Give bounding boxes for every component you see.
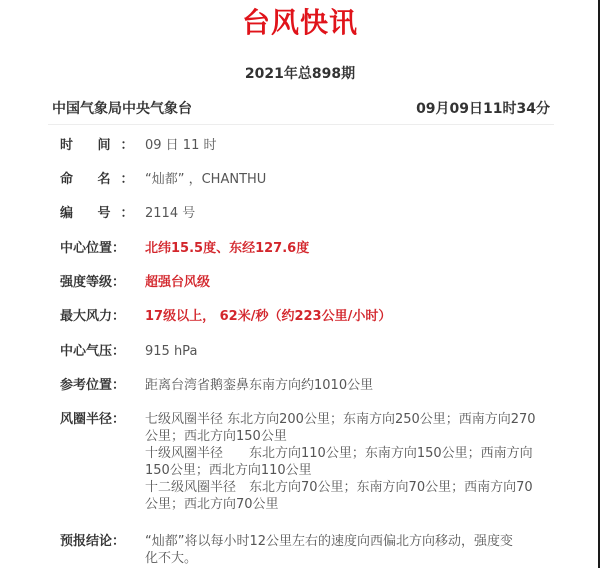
wind-radius-line: 150公里；西北方向110公里 bbox=[145, 462, 540, 479]
field-value: “灿都”将以每小时12公里左右的速度向西偏北方向移动，强度变 化不大。 bbox=[145, 533, 540, 567]
agency-name: 中国气象局中央气象台 bbox=[52, 98, 192, 120]
field-value: 915 hPa bbox=[145, 343, 540, 360]
wind-radius-line: 七级风圈半径 东北方向200公里；东南方向250公里；西南方向270 bbox=[145, 411, 540, 428]
forecast-line: 化不大。 bbox=[145, 550, 540, 567]
wind-radius-line: 公里；西北方向70公里 bbox=[145, 496, 540, 513]
bulletin-header: 中国气象局中央气象台 09月09日11时34分 bbox=[52, 98, 550, 120]
issue-timestamp: 09月09日11时34分 bbox=[416, 98, 550, 120]
field-label: 中心位置： bbox=[60, 240, 145, 257]
bulletin-title: 台风快讯 bbox=[0, 4, 600, 42]
field-value: 2114 号 bbox=[145, 205, 540, 222]
field-label: 中心气压： bbox=[60, 343, 145, 360]
field-label: 编 号： bbox=[60, 205, 145, 222]
field-value: 09 日 11 时 bbox=[145, 137, 540, 154]
field-label: 参考位置： bbox=[60, 377, 145, 394]
field-label: 最大风力： bbox=[60, 308, 145, 325]
field-label: 命 名： bbox=[60, 171, 145, 188]
field-label: 预报结论： bbox=[60, 533, 145, 550]
field-value: 超强台风级 bbox=[145, 274, 540, 291]
wind-radius-line: 十级风圈半径 东北方向110公里；东南方向150公里；西南方向 bbox=[145, 445, 540, 462]
field-value: 北纬15.5度、东经127.6度 bbox=[145, 240, 540, 257]
field-value: 17级以上， 62米/秒（约223公里/小时） bbox=[145, 308, 540, 325]
field-label: 风圈半径： bbox=[60, 411, 145, 428]
forecast-line: “灿都”将以每小时12公里左右的速度向西偏北方向移动，强度变 bbox=[145, 533, 540, 550]
wind-radius-line: 公里；西北方向150公里 bbox=[145, 428, 540, 445]
field-label: 时 间： bbox=[60, 137, 145, 154]
field-label: 强度等级： bbox=[60, 274, 145, 291]
field-value: “灿都” ，CHANTHU bbox=[145, 171, 540, 188]
wind-radius-line: 十二级风圈半径 东北方向70公里；东南方向70公里；西南方向70 bbox=[145, 479, 540, 496]
field-value: 七级风圈半径 东北方向200公里；东南方向250公里；西南方向270 公里；西北… bbox=[145, 411, 540, 513]
field-value: 距离台湾省鹅銮鼻东南方向约1010公里 bbox=[145, 377, 540, 394]
header-divider bbox=[48, 124, 554, 125]
issue-number: 2021年总898期 bbox=[0, 64, 600, 84]
